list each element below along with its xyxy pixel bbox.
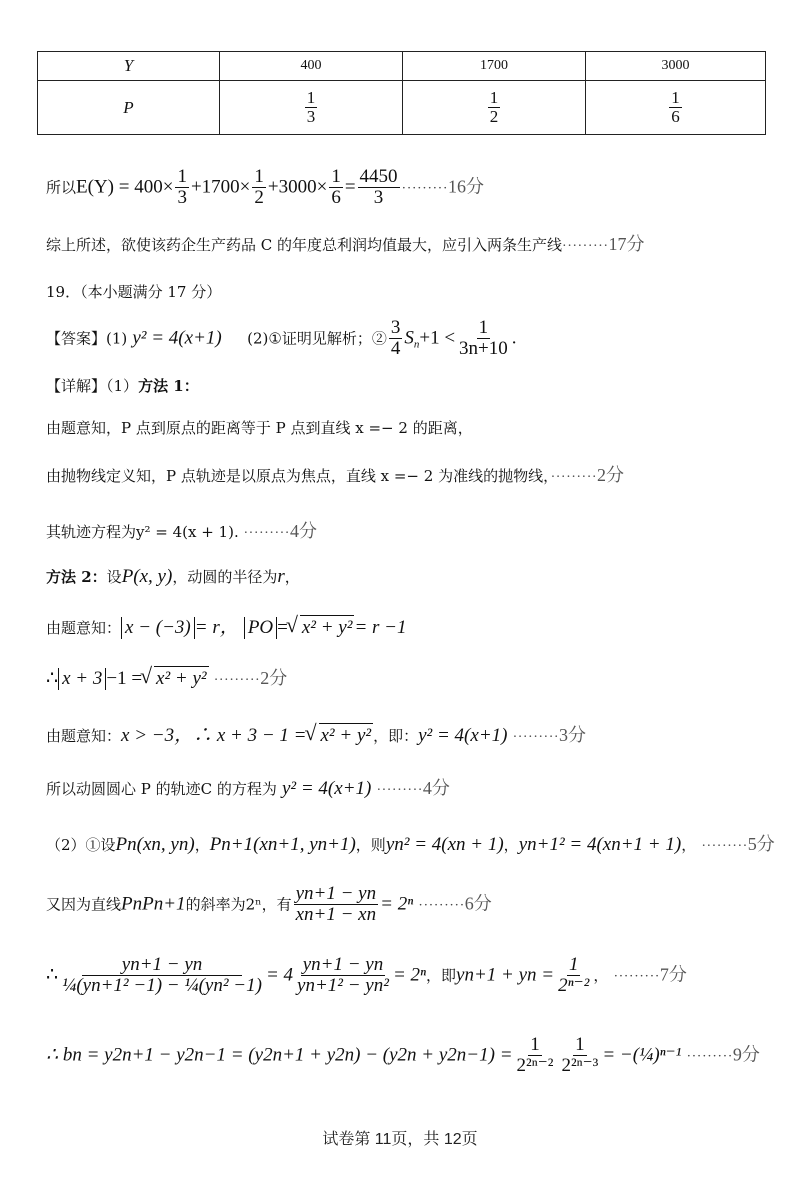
part2-line4: ∴ bn = y2n+1 − y2n−1 = (y2n+1 + y2n) − (… (46, 1035, 760, 1077)
table-row-values: Y 400 1700 3000 (38, 52, 766, 81)
table-header-p: P (38, 81, 220, 135)
question-19-title: 19．（本小题满分 17 分） (46, 282, 221, 302)
detail-heading: 【详解】（1）方法 1： (46, 376, 199, 396)
answer-line: 【答案】(1) y² = 4(x+1) (2)①证明见解析；②34Sn+1 <1… (46, 318, 517, 360)
table-cell: 3000 (586, 52, 766, 81)
part2-line1: （2）①设Pn(xn, yn)，Pn+1(xn+1, yn+1)，则yn² = … (46, 830, 775, 856)
method2-line2: 由题意知：x − (−3)= r， PO=x² + y²= r −1 (46, 612, 407, 639)
table-row-probabilities: P 13 12 16 (38, 81, 766, 135)
table-cell: 400 (220, 52, 403, 81)
part2-line2: 又因为直线PnPn+1的斜率为2ⁿ，有yn+1 − ynxn+1 − xn= 2… (46, 884, 492, 926)
page-footer: 试卷第 11页，共 12页 (0, 1126, 800, 1149)
method2-line1: 方法 2：设P(x, y)，动圆的半径为r， (46, 566, 300, 588)
method2-line5: 所以动圆圆心 P 的轨迹C 的方程为 y² = 4(x+1) ·········… (46, 774, 450, 800)
table-header-y: Y (38, 52, 220, 81)
method2-line3: ∴x + 3−1 =x² + y² ·········2分 (46, 664, 287, 690)
method1-line2: 由抛物线定义知，P 点轨迹是以原点为焦点，直线 x =− 2 为准线的抛物线，·… (46, 465, 624, 488)
table-cell: 12 (403, 81, 586, 135)
method2-line4: 由题意知：x > −3，∴ x + 3 − 1 =x² + y²，即：y² = … (46, 720, 586, 747)
method1-line3: 其轨迹方程为y² = 4(x + 1). ·········4分 (46, 521, 317, 544)
conclusion-line: 综上所述，欲使该药企生产药品 C 的年度总利润均值最大，应引入两条生产线····… (46, 234, 645, 257)
table-cell: 16 (586, 81, 766, 135)
part2-line3: ∴yn+1 − yn¼(yn+1² −1) − ¼(yn² −1)= 4yn+1… (46, 955, 687, 997)
table-cell: 1700 (403, 52, 586, 81)
expectation-line: 所以E(Y) = 400×13+1700×12+3000×16=44503···… (46, 167, 484, 209)
method1-line1: 由题意知，P 点到原点的距离等于 P 点到直线 x =− 2 的距离， (46, 418, 473, 438)
table-cell: 13 (220, 81, 403, 135)
distribution-table: Y 400 1700 3000 P 13 12 16 (37, 51, 766, 135)
